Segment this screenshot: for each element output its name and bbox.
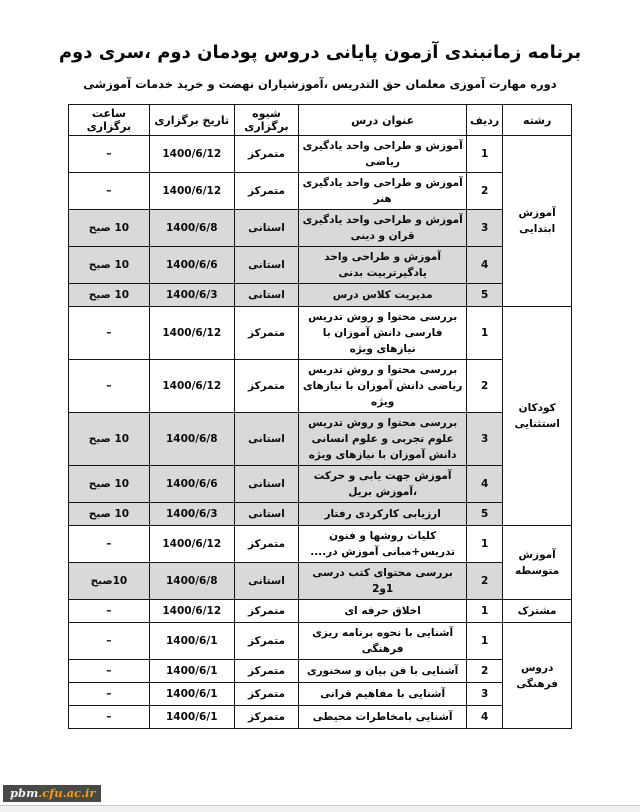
course-cell: بررسی محتوا و روش تدریس ریاضی دانش آموزا…: [299, 360, 467, 413]
course-cell: آموزش و طراحی واحد یادگیری قران و دینی: [299, 210, 467, 247]
watermark: pbm.cfu.ac.ir: [3, 785, 101, 802]
date-cell: 1400/6/1: [149, 683, 234, 706]
header-method: شیوه برگزاری: [234, 105, 299, 136]
table-row: 5ارزیابی کارکردی رفتاراستانی1400/6/310 ص…: [69, 503, 572, 526]
date-cell: 1400/6/3: [149, 284, 234, 307]
page-title: برنامه زمانبندی آزمون پایانی دروس پودمان…: [0, 42, 640, 63]
row-number-cell: 3: [466, 210, 502, 247]
watermark-prefix: pbm: [10, 786, 38, 800]
table-row: مشترک1اخلاق حرفه ایمتمرکز1400/6/12–: [69, 600, 572, 623]
course-cell: آشنایی با نحوه برنامه ریزی فرهنگی: [299, 623, 467, 660]
table-row: 2آموزش و طراحی واحد یادگیری هنرمتمرکز140…: [69, 173, 572, 210]
row-number-cell: 1: [466, 136, 502, 173]
method-cell: استانی: [234, 284, 299, 307]
time-cell: 10 صبح: [69, 210, 150, 247]
table-row: 3بررسی محتوا و روش تدریس علوم تجربی و عل…: [69, 413, 572, 466]
course-cell: مدیریت کلاس درس: [299, 284, 467, 307]
course-cell: بررسی محتوا و روش تدریس فارسی دانش آموزا…: [299, 307, 467, 360]
table-row: 5مدیریت کلاس درساستانی1400/6/310 صبح: [69, 284, 572, 307]
date-cell: 1400/6/12: [149, 526, 234, 563]
row-number-cell: 2: [466, 360, 502, 413]
time-cell: –: [69, 706, 150, 729]
method-cell: استانی: [234, 413, 299, 466]
course-cell: کلیات روشها و فنون تدریس+مبانی آموزش در.…: [299, 526, 467, 563]
course-cell: آموزش جهت یابی و حرکت ،آموزش بریل: [299, 466, 467, 503]
course-cell: آشنایی با فن بیان و سخنوری: [299, 660, 467, 683]
time-cell: 10 صبح: [69, 413, 150, 466]
method-cell: متمرکز: [234, 660, 299, 683]
method-cell: استانی: [234, 466, 299, 503]
row-number-cell: 5: [466, 284, 502, 307]
course-cell: اخلاق حرفه ای: [299, 600, 467, 623]
time-cell: –: [69, 136, 150, 173]
table-row: 2بررسی محتوای کتب درسی 1و2استانی1400/6/8…: [69, 563, 572, 600]
time-cell: 10صبح: [69, 563, 150, 600]
row-number-cell: 2: [466, 563, 502, 600]
method-cell: متمرکز: [234, 360, 299, 413]
bottom-scroll-track: [0, 805, 640, 812]
date-cell: 1400/6/12: [149, 173, 234, 210]
date-cell: 1400/6/8: [149, 413, 234, 466]
time-cell: –: [69, 173, 150, 210]
table-row: 4آموزش جهت یابی و حرکت ،آموزش بریلاستانی…: [69, 466, 572, 503]
table-row: آموزش ابتدایی1آموزش و طراحی واحد یادگیری…: [69, 136, 572, 173]
table-row: دروس فرهنگی1آشنایی با نحوه برنامه ریزی ف…: [69, 623, 572, 660]
row-number-cell: 4: [466, 466, 502, 503]
time-cell: 10 صبح: [69, 284, 150, 307]
row-number-cell: 1: [466, 600, 502, 623]
method-cell: متمرکز: [234, 136, 299, 173]
header-field: رشته: [503, 105, 572, 136]
date-cell: 1400/6/6: [149, 466, 234, 503]
course-cell: بررسی محتوا و روش تدریس علوم تجربی و علو…: [299, 413, 467, 466]
table-row: 4آشنایی بامخاطرات محیطیمتمرکز1400/6/1–: [69, 706, 572, 729]
time-cell: –: [69, 360, 150, 413]
watermark-url: .cfu.ac.ir: [38, 786, 95, 800]
date-cell: 1400/6/3: [149, 503, 234, 526]
date-cell: 1400/6/12: [149, 600, 234, 623]
method-cell: استانی: [234, 247, 299, 284]
time-cell: 10 صبح: [69, 247, 150, 284]
row-number-cell: 4: [466, 247, 502, 284]
method-cell: متمرکز: [234, 706, 299, 729]
course-cell: آشنایی بامخاطرات محیطی: [299, 706, 467, 729]
time-cell: –: [69, 307, 150, 360]
date-cell: 1400/6/12: [149, 136, 234, 173]
table-row: 2آشنایی با فن بیان و سخنوریمتمرکز1400/6/…: [69, 660, 572, 683]
row-number-cell: 5: [466, 503, 502, 526]
table-row: 3آموزش و طراحی واحد یادگیری قران و دینیا…: [69, 210, 572, 247]
course-cell: بررسی محتوای کتب درسی 1و2: [299, 563, 467, 600]
course-cell: آموزش و طراحی واحد یادگیری ریاضی: [299, 136, 467, 173]
date-cell: 1400/6/12: [149, 307, 234, 360]
time-cell: –: [69, 683, 150, 706]
table-row: کودکان استثنایی1بررسی محتوا و روش تدریس …: [69, 307, 572, 360]
row-number-cell: 1: [466, 526, 502, 563]
row-number-cell: 1: [466, 623, 502, 660]
page-subtitle: دوره مهارت آموزی معلمان حق التدریس ،آموز…: [0, 77, 640, 91]
header-date: تاریخ برگزاری: [149, 105, 234, 136]
field-cell: مشترک: [503, 600, 572, 623]
header-time: ساعت برگزاری: [69, 105, 150, 136]
date-cell: 1400/6/1: [149, 660, 234, 683]
time-cell: 10 صبح: [69, 503, 150, 526]
method-cell: متمرکز: [234, 623, 299, 660]
method-cell: متمرکز: [234, 173, 299, 210]
table-row: 2بررسی محتوا و روش تدریس ریاضی دانش آموز…: [69, 360, 572, 413]
table-row: آموزش متوسطه1کلیات روشها و فنون تدریس+مب…: [69, 526, 572, 563]
time-cell: –: [69, 600, 150, 623]
field-cell: کودکان استثنایی: [503, 307, 572, 526]
date-cell: 1400/6/8: [149, 210, 234, 247]
method-cell: استانی: [234, 210, 299, 247]
table-row: 3آشنایی با مفاهیم قرانیمتمرکز1400/6/1–: [69, 683, 572, 706]
row-number-cell: 3: [466, 683, 502, 706]
row-number-cell: 3: [466, 413, 502, 466]
method-cell: متمرکز: [234, 600, 299, 623]
method-cell: استانی: [234, 503, 299, 526]
row-number-cell: 2: [466, 660, 502, 683]
date-cell: 1400/6/8: [149, 563, 234, 600]
date-cell: 1400/6/1: [149, 623, 234, 660]
date-cell: 1400/6/1: [149, 706, 234, 729]
course-cell: آشنایی با مفاهیم قرانی: [299, 683, 467, 706]
time-cell: –: [69, 623, 150, 660]
course-cell: آموزش و طراحی واحد یادگیرتربیت بدنی: [299, 247, 467, 284]
course-cell: ارزیابی کارکردی رفتار: [299, 503, 467, 526]
time-cell: –: [69, 660, 150, 683]
table-row: 4آموزش و طراحی واحد یادگیرتربیت بدنیاستا…: [69, 247, 572, 284]
method-cell: استانی: [234, 563, 299, 600]
time-cell: –: [69, 526, 150, 563]
field-cell: آموزش متوسطه: [503, 526, 572, 600]
method-cell: متمرکز: [234, 307, 299, 360]
course-cell: آموزش و طراحی واحد یادگیری هنر: [299, 173, 467, 210]
header-row-no: ردیف: [466, 105, 502, 136]
method-cell: متمرکز: [234, 683, 299, 706]
time-cell: 10 صبح: [69, 466, 150, 503]
row-number-cell: 1: [466, 307, 502, 360]
row-number-cell: 4: [466, 706, 502, 729]
field-cell: آموزش ابتدایی: [503, 136, 572, 307]
method-cell: متمرکز: [234, 526, 299, 563]
date-cell: 1400/6/12: [149, 360, 234, 413]
date-cell: 1400/6/6: [149, 247, 234, 284]
header-course: عنوان درس: [299, 105, 467, 136]
field-cell: دروس فرهنگی: [503, 623, 572, 729]
exam-schedule-table: رشته ردیف عنوان درس شیوه برگزاری تاریخ ب…: [68, 104, 572, 729]
table-header-row: رشته ردیف عنوان درس شیوه برگزاری تاریخ ب…: [69, 105, 572, 136]
document-page: برنامه زمانبندی آزمون پایانی دروس پودمان…: [0, 42, 640, 729]
row-number-cell: 2: [466, 173, 502, 210]
